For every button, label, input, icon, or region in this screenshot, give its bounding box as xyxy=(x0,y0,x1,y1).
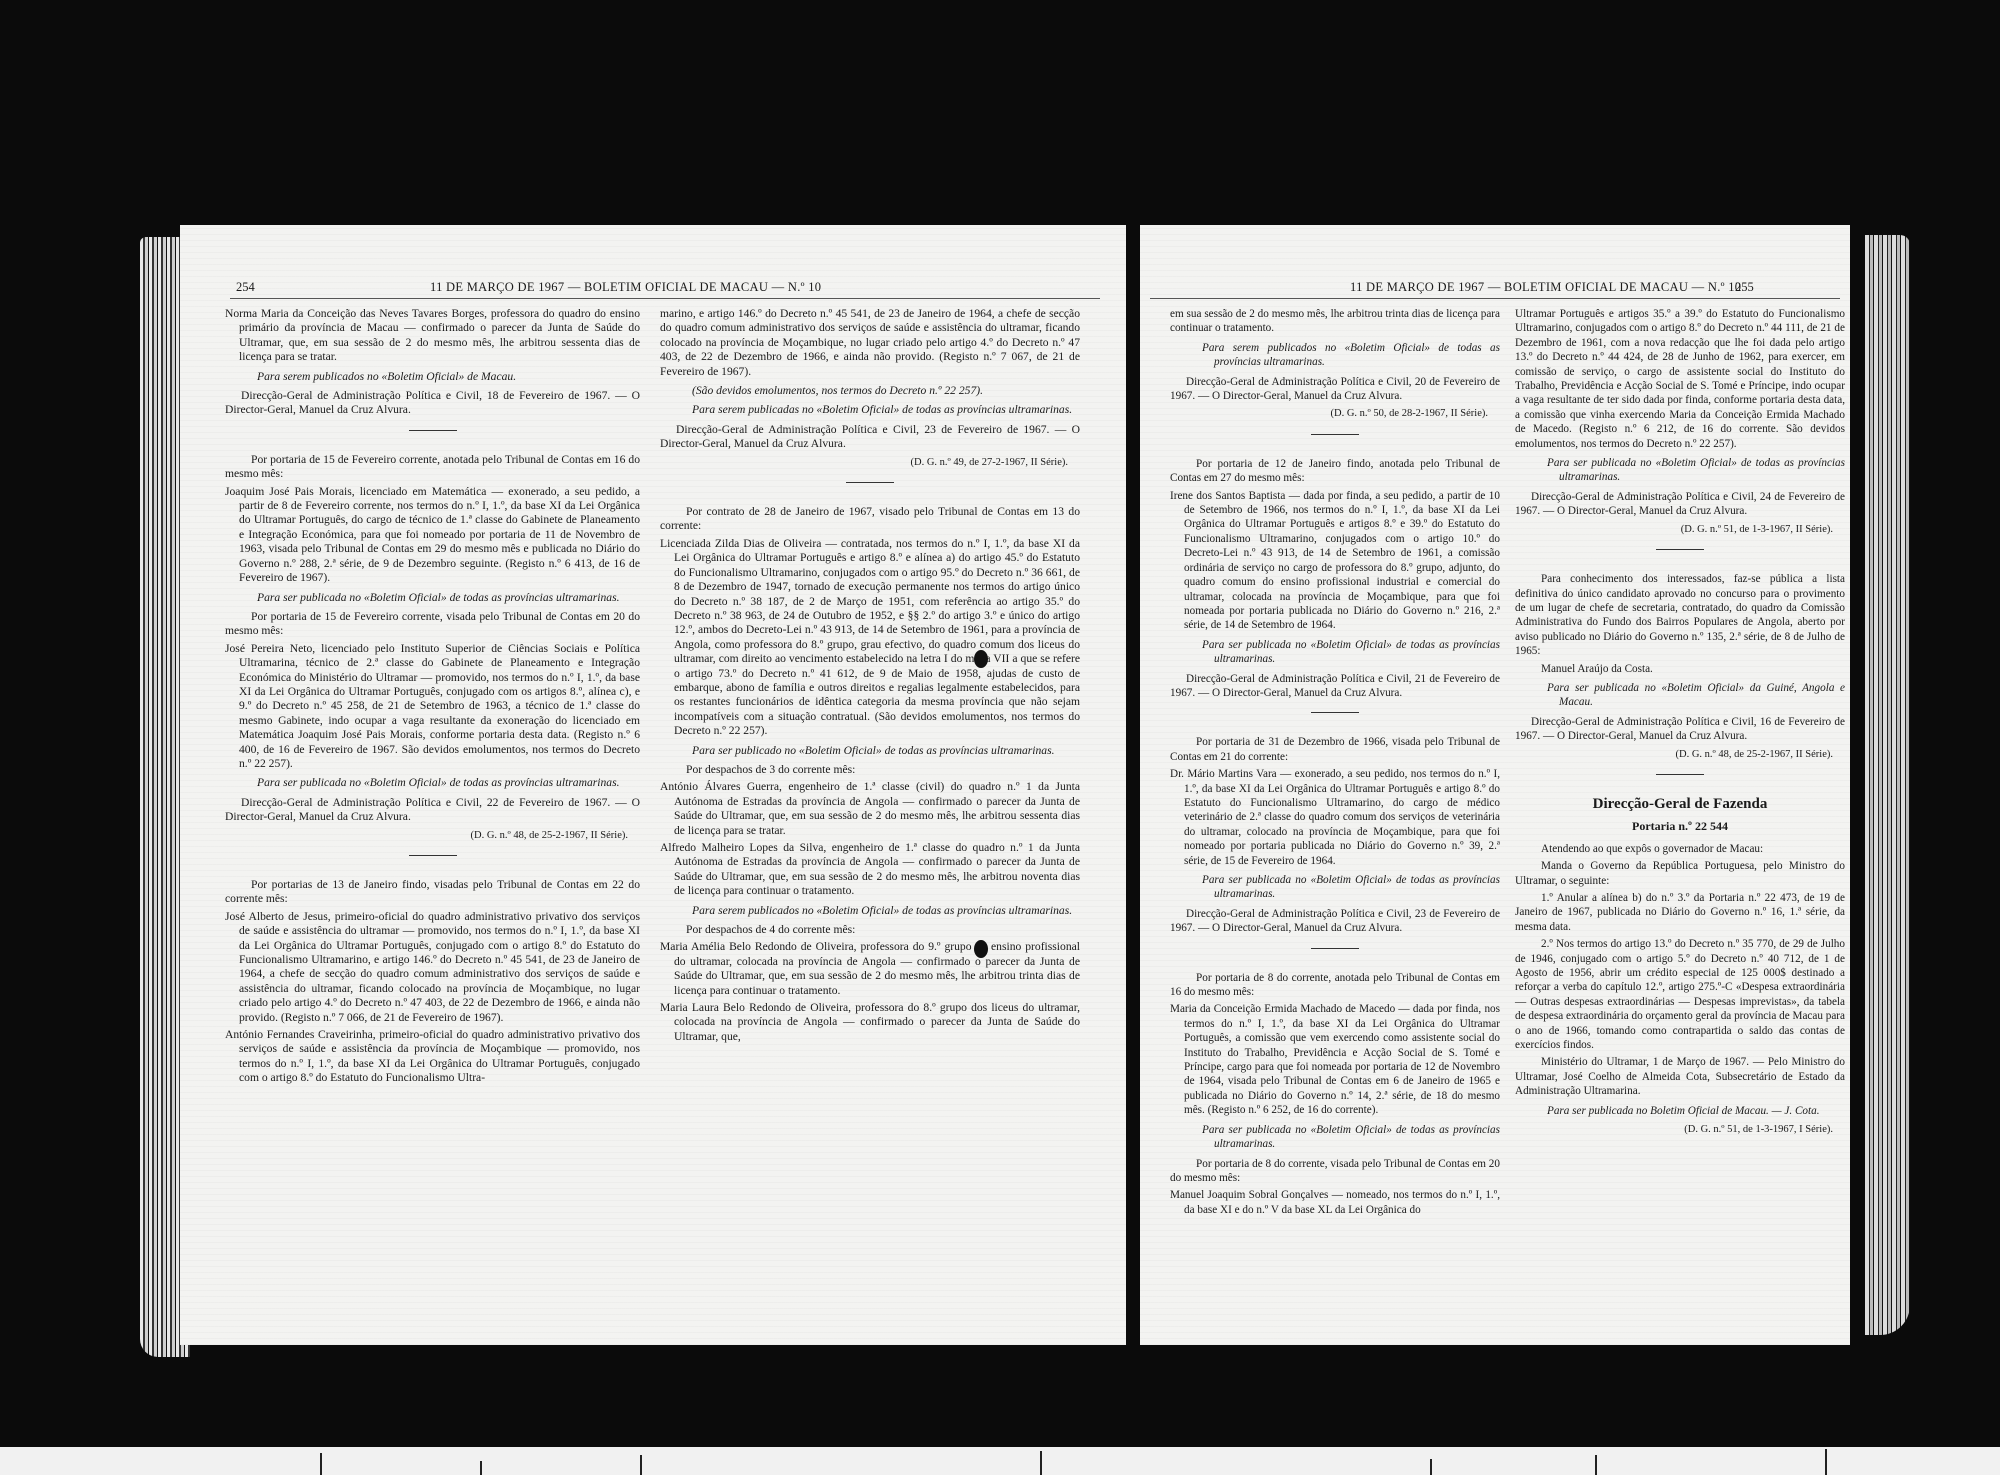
publication-note: Para serem publicadas no «Boletim Oficia… xyxy=(660,403,1080,417)
intro-paragraph: 2.º Nos termos do artigo 13.º do Decreto… xyxy=(1515,937,1845,1052)
publication-note: Para ser publicada no «Boletim Oficial» … xyxy=(1515,681,1845,710)
column-1: Norma Maria da Conceição das Neves Tavar… xyxy=(225,307,640,1089)
entry-paragraph: António Fernandes Craveirinha, primeiro-… xyxy=(225,1028,640,1086)
column-2: Ultramar Português e artigos 35.º a 39.º… xyxy=(1515,307,1845,1142)
publication-note: Para ser publicada no Boletim Oficial de… xyxy=(1515,1104,1845,1118)
intro-paragraph: Por portaria de 8 do corrente, visada pe… xyxy=(1170,1157,1500,1186)
gazette-reference: (D. G. n.º 51, de 1-3-1967, II Série). xyxy=(1515,523,1833,537)
intro-paragraph: Por despachos de 4 do corrente mês: xyxy=(660,923,1080,937)
running-head: 11 DE MARÇO DE 1967 — BOLETIM OFICIAL DE… xyxy=(430,280,821,295)
section-separator xyxy=(1656,774,1704,775)
column-2: marino, e artigo 146.º do Decreto n.º 45… xyxy=(660,307,1080,1047)
signature-line: Direcção-Geral de Administração Política… xyxy=(225,796,640,825)
publication-note: Para ser publicada no «Boletim Oficial» … xyxy=(1170,873,1500,902)
book-gutter xyxy=(1126,225,1138,1345)
portaria-title: Portaria n.º 22 544 xyxy=(1515,819,1845,833)
entry-paragraph: António Álvares Guerra, engenheiro de 1.… xyxy=(660,780,1080,838)
publication-note: Para serem publicados no «Boletim Oficia… xyxy=(660,904,1080,918)
page-255: 11 DE MARÇO DE 1967 — BOLETIM OFICIAL DE… xyxy=(1140,225,1850,1345)
intro-paragraph: Por portarias de 13 de Janeiro findo, vi… xyxy=(225,878,640,907)
intro-paragraph: Por contrato de 28 de Janeiro de 1967, v… xyxy=(660,505,1080,534)
scanner-bottom-strip xyxy=(0,1447,2000,1475)
signature-line: Direcção-Geral de Administração Política… xyxy=(660,423,1080,452)
page-number: 255 xyxy=(1735,280,1754,295)
binding-hole xyxy=(974,650,988,668)
entry-paragraph: Maria Laura Belo Redondo de Oliveira, pr… xyxy=(660,1001,1080,1044)
signature-line: Direcção-Geral de Administração Política… xyxy=(1170,672,1500,701)
section-separator xyxy=(1311,712,1359,713)
signature-line: Direcção-Geral de Administração Política… xyxy=(1170,907,1500,936)
intro-paragraph: Manuel Araújo da Costa. xyxy=(1515,662,1845,676)
publication-note: Para ser publicada no «Boletim Oficial» … xyxy=(225,776,640,790)
intro-paragraph: Por portaria de 15 de Fevereiro corrente… xyxy=(225,610,640,639)
publication-note: Para ser publicada no «Boletim Oficial» … xyxy=(225,591,640,605)
entry-paragraph: Licenciada Zilda Dias de Oliveira — cont… xyxy=(660,537,1080,739)
publication-note: Para ser publicada no «Boletim Oficial» … xyxy=(1170,1123,1500,1152)
header-rule xyxy=(1150,298,1840,299)
page-number: 254 xyxy=(236,280,255,295)
entry-paragraph: Joaquim José Pais Morais, licenciado em … xyxy=(225,485,640,586)
header-rule xyxy=(230,298,1100,299)
section-heading: Direcção-Geral de Fazenda xyxy=(1515,797,1845,811)
gazette-reference: (D. G. n.º 48, de 25-2-1967, II Série). xyxy=(225,829,628,843)
page-254: 254 11 DE MARÇO DE 1967 — BOLETIM OFICIA… xyxy=(180,225,1130,1345)
entry-paragraph: Maria da Conceição Ermida Machado de Mac… xyxy=(1170,1002,1500,1117)
entry-paragraph: Dr. Mário Martins Vara — exonerado, a se… xyxy=(1170,767,1500,868)
running-head: 11 DE MARÇO DE 1967 — BOLETIM OFICIAL DE… xyxy=(1350,280,1741,295)
entry-paragraph: Norma Maria da Conceição das Neves Tavar… xyxy=(225,307,640,365)
publication-note: Para ser publicada no «Boletim Oficial» … xyxy=(1515,456,1845,485)
intro-paragraph: Para conhecimento dos interessados, faz-… xyxy=(1515,572,1845,658)
signature-line: Direcção-Geral de Administração Política… xyxy=(225,389,640,418)
intro-paragraph: Por portaria de 8 do corrente, anotada p… xyxy=(1170,971,1500,1000)
publication-note: Para serem publicados no «Boletim Oficia… xyxy=(225,370,640,384)
continued-paragraph: Ultramar Português e artigos 35.º a 39.º… xyxy=(1515,307,1845,451)
entry-paragraph: Manuel Joaquim Sobral Gonçalves — nomead… xyxy=(1170,1188,1500,1217)
gazette-reference: (D. G. n.º 51, de 1-3-1967, I Série). xyxy=(1515,1123,1833,1137)
gazette-reference: (D. G. n.º 48, de 25-2-1967, II Série). xyxy=(1515,748,1833,762)
intro-paragraph: Atendendo ao que expôs o governador de M… xyxy=(1515,842,1845,856)
entry-paragraph: José Pereira Neto, licenciado pelo Insti… xyxy=(225,642,640,772)
entry-paragraph: Irene dos Santos Baptista — dada por fin… xyxy=(1170,489,1500,633)
signature-line: Direcção-Geral de Administração Política… xyxy=(1170,375,1500,404)
section-separator xyxy=(409,855,457,856)
intro-paragraph: Ministério do Ultramar, 1 de Março de 19… xyxy=(1515,1055,1845,1098)
gazette-reference: (D. G. n.º 49, de 27-2-1967, II Série). xyxy=(660,456,1068,470)
signature-line: Direcção-Geral de Administração Política… xyxy=(1515,490,1845,519)
signature-line: Direcção-Geral de Administração Política… xyxy=(1515,715,1845,744)
column-1: em sua sessão de 2 do mesmo mês, lhe arb… xyxy=(1170,307,1500,1220)
section-separator xyxy=(1311,434,1359,435)
continued-paragraph: em sua sessão de 2 do mesmo mês, lhe arb… xyxy=(1170,307,1500,336)
section-separator xyxy=(409,430,457,431)
binding-hole xyxy=(974,940,988,958)
intro-paragraph: Por portaria de 15 de Fevereiro corrente… xyxy=(225,453,640,482)
intro-paragraph: Por despachos de 3 do corrente mês: xyxy=(660,763,1080,777)
open-book-scan: 254 11 DE MARÇO DE 1967 — BOLETIM OFICIA… xyxy=(140,225,1910,1345)
section-separator xyxy=(1656,549,1704,550)
intro-paragraph: 1.º Anular a alínea b) do n.º 3.º da Por… xyxy=(1515,891,1845,934)
entry-paragraph: José Alberto de Jesus, primeiro-oficial … xyxy=(225,910,640,1025)
gazette-reference: (D. G. n.º 50, de 28-2-1967, II Série). xyxy=(1170,407,1488,421)
publication-note: Para serem publicados no «Boletim Oficia… xyxy=(1170,341,1500,370)
section-separator xyxy=(846,482,894,483)
entry-paragraph: Maria Amélia Belo Redondo de Oliveira, p… xyxy=(660,940,1080,998)
publication-note: Para ser publicada no «Boletim Oficial» … xyxy=(1170,638,1500,667)
entry-paragraph: Alfredo Malheiro Lopes da Silva, engenhe… xyxy=(660,841,1080,899)
page-stack-right xyxy=(1865,235,1910,1335)
publication-note: (São devidos emolumentos, nos termos do … xyxy=(660,384,1080,398)
continued-paragraph: marino, e artigo 146.º do Decreto n.º 45… xyxy=(660,307,1080,379)
intro-paragraph: Por portaria de 31 de Dezembro de 1966, … xyxy=(1170,735,1500,764)
publication-note: Para ser publicado no «Boletim Oficial» … xyxy=(660,744,1080,758)
intro-paragraph: Por portaria de 12 de Janeiro findo, ano… xyxy=(1170,457,1500,486)
intro-paragraph: Manda o Governo da República Portuguesa,… xyxy=(1515,859,1845,888)
section-separator xyxy=(1311,948,1359,949)
